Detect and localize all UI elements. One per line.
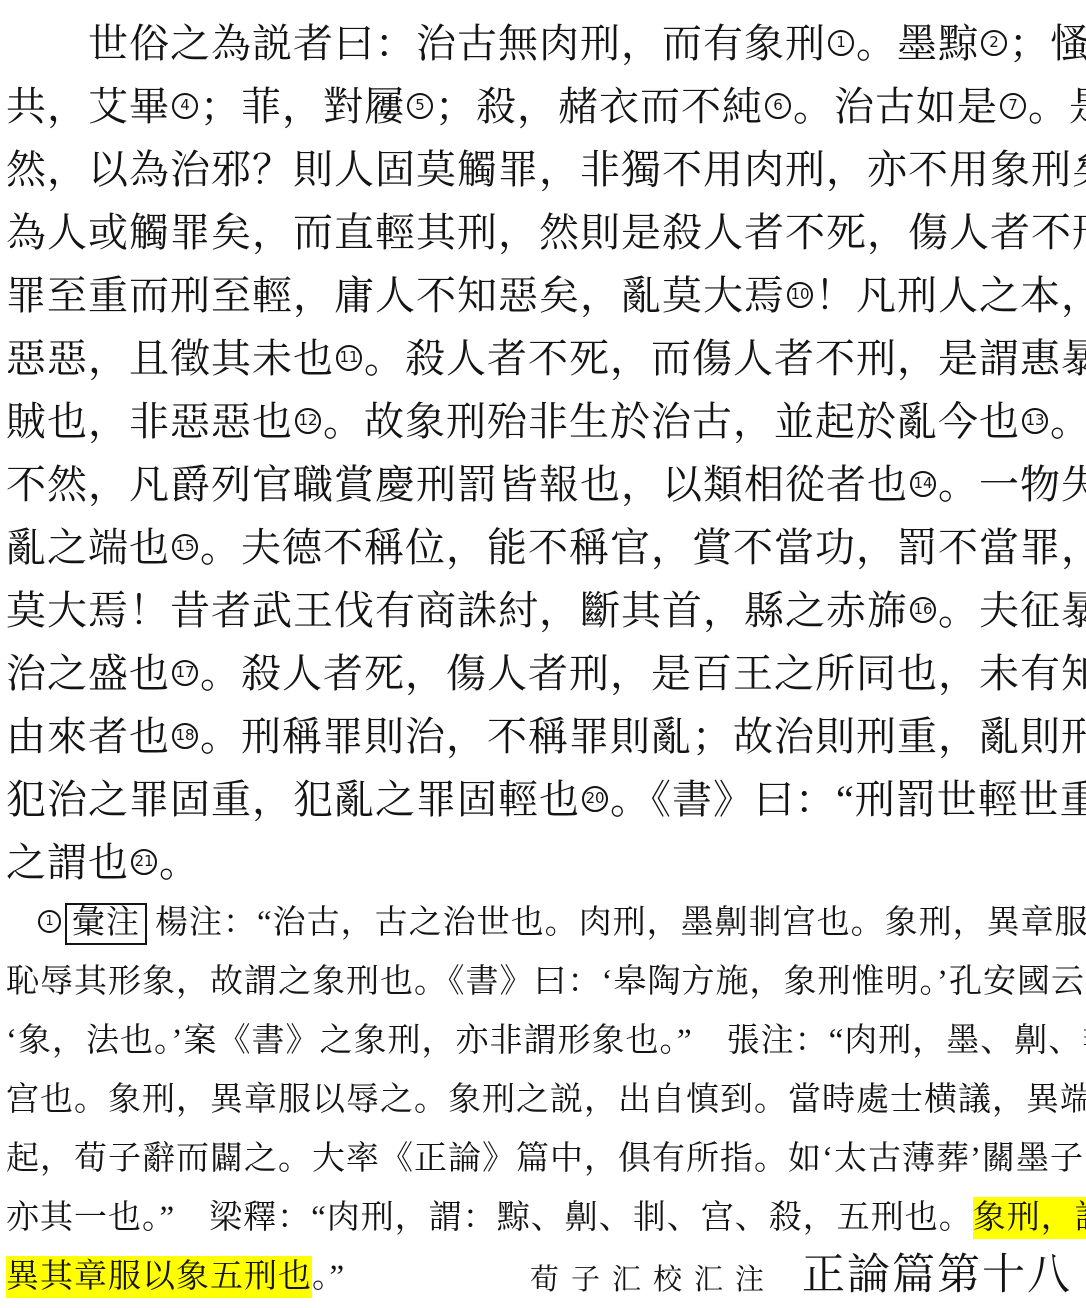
text-line: 世俗之為説者曰：治古無肉刑，而有象刑1。墨黥2；慅嬰3； [6, 12, 1080, 75]
text-line: 亂之端也15。夫德不稱位，能不稱官，賞不當功，罰不當罪，不祥 [6, 516, 1080, 579]
annotation-ref-number: 17 [172, 660, 198, 686]
text-segment: ；慅嬰 [1009, 21, 1086, 66]
annotation-ref-number: 10 [787, 282, 813, 308]
text-line: 犯治之罪固重，犯亂之罪固輕也20。《書》曰：“刑罰世輕世重。”此 [6, 768, 1080, 831]
footer-chapter-title: 正論篇第十八 [802, 1241, 1072, 1302]
text-segment: 。故象刑殆非生於治古，並起於亂今也 [323, 399, 1020, 444]
text-line: 莫大焉！昔者武王伐有商誅紂，斷其首，縣之赤旆16。夫征暴誅悍， [6, 579, 1080, 642]
text-line: 恥辱其形象，故謂之象刑也。《書》曰：‘皋陶方施，象刑惟明。’孔安國云： [6, 953, 1080, 1012]
footer-book-title: 荀子汇校汇注 [530, 1257, 776, 1298]
text-segment: 。刑稱罪則治，不稱罪則亂；故治則刑重，亂則刑輕 [200, 714, 1086, 759]
text-segment: 。夫征暴誅悍， [938, 588, 1086, 633]
text-line: 為人或觸罪矣，而直輕其刑，然則是殺人者不死，傷人者不刑也9。 [6, 201, 1080, 264]
highlighted-text: 異其章服以象五刑也 [6, 1256, 312, 1298]
annotation-ref-number: 12 [295, 408, 321, 434]
text-segment: ！凡刑人之本，禁暴 [815, 273, 1086, 318]
text-line: 不然，凡爵列官職賞慶刑罰皆報也，以類相從者也14。一物失稱， [6, 453, 1080, 516]
annotation-ref-number: 14 [910, 471, 936, 497]
annotation-ref-number: 16 [910, 597, 936, 623]
text-segment: 。殺人者死，傷人者刑，是百王之所同也，未有知其所 [200, 651, 1086, 696]
page-footer: 荀子汇校汇注 正論篇第十八 [530, 1241, 1072, 1302]
text-segment: 不然，凡爵列官職賞慶刑罰皆報也，以類相從者也 [6, 462, 908, 507]
text-segment: 。治古 [1050, 399, 1086, 444]
text-segment: 世俗之為説者曰：治古無肉刑，而有象刑 [88, 21, 826, 66]
text-segment: 。” [312, 1259, 345, 1295]
text-line: 惡惡，且徵其未也11。殺人者不死，而傷人者不刑，是謂惠暴而寬 [6, 327, 1080, 390]
annotation-ref-number: 6 [765, 93, 791, 119]
text-segment: 。治古如是 [793, 84, 998, 129]
text-segment: ；殺，赭衣而不純 [435, 84, 763, 129]
text-segment: 。墨黥 [856, 21, 979, 66]
text-segment: ‘象，法也。’案《書》之象刑，亦非謂形象也。” 張注：“肉刑，墨、劓、剕、 [6, 1023, 1086, 1059]
text-line: 罪至重而刑至輕，庸人不知惡矣，亂莫大焉10！凡刑人之本，禁暴 [6, 264, 1080, 327]
text-segment: 楊注：“治古，古之治世也。肉刑，墨劓剕宫也。象刑，異章服 [155, 905, 1086, 941]
text-segment: 罪至重而刑至輕，庸人不知惡矣，亂莫大焉 [6, 273, 785, 318]
text-segment: 亂之端也 [6, 525, 170, 570]
text-line: 治之盛也17。殺人者死，傷人者刑，是百王之所同也，未有知其所 [6, 642, 1080, 705]
scanned-page: 世俗之為説者曰：治古無肉刑，而有象刑1。墨黥2；慅嬰3；共，艾畢4；菲，對屨5；… [0, 0, 1086, 1308]
text-segment: 然，以為治邪？則人固莫觸罪，非獨不用肉刑，亦不用象刑矣 [6, 147, 1086, 192]
text-segment: 由來者也 [6, 714, 170, 759]
text-segment: 。 [159, 840, 200, 885]
text-segment: 之謂也 [6, 840, 129, 885]
text-line: 共，艾畢4；菲，對屨5；殺，赭衣而不純6。治古如是7。是不 [6, 75, 1080, 138]
text-line: 起，荀子辭而闢之。大率《正論》篇中，俱有所指。如‘太古薄葬’關墨子， [6, 1130, 1080, 1189]
text-line: 亦其一也。” 梁釋：“肉刑，謂：黥、劓、剕、宫、殺，五刑也。象刑，謂 [6, 1189, 1080, 1248]
text-line: 之謂也21。 [6, 831, 1080, 894]
text-segment: 。是不 [1028, 84, 1086, 129]
text-segment: 共，艾畢 [6, 84, 170, 129]
text-segment: 宫也。象刑，異章服以辱之。象刑之説，出自慎到。當時處士横議，異端並 [6, 1082, 1086, 1118]
text-segment: 起，荀子辭而闢之。大率《正論》篇中，俱有所指。如‘太古薄葬’關墨子， [6, 1141, 1086, 1177]
text-segment: 亦其一也。” 梁釋：“肉刑，謂：黥、劓、剕、宫、殺，五刑也。 [6, 1200, 973, 1236]
text-segment: 惡惡，且徵其未也 [6, 336, 334, 381]
text-line: 宫也。象刑，異章服以辱之。象刑之説，出自慎到。當時處士横議，異端並 [6, 1071, 1080, 1130]
annotation-ref-number: 2 [981, 30, 1007, 56]
boxed-label: 彙注 [65, 903, 147, 945]
annotation-ref-number: 18 [172, 723, 198, 749]
text-line: ‘象，法也。’案《書》之象刑，亦非謂形象也。” 張注：“肉刑，墨、劓、剕、 [6, 1012, 1080, 1071]
text-segment: 為人或觸罪矣，而直輕其刑，然則是殺人者不死，傷人者不刑也 [6, 210, 1086, 255]
annotation-ref-number: 5 [407, 93, 433, 119]
text-line: 賊也，非惡惡也12。故象刑殆非生於治古，並起於亂今也13。治古 [6, 390, 1080, 453]
annotation-ref-number: 20 [582, 786, 608, 812]
highlighted-text: 象刑，謂 [973, 1197, 1086, 1239]
text-segment: 犯治之罪固重，犯亂之罪固輕也 [6, 777, 580, 822]
text-segment: 。殺人者不死，而傷人者不刑，是謂惠暴而寬 [364, 336, 1086, 381]
text-line: 由來者也18。刑稱罪則治，不稱罪則亂；故治則刑重，亂則刑輕19； [6, 705, 1080, 768]
annotation-ref-number: 1 [38, 910, 61, 933]
text-line: 然，以為治邪？則人固莫觸罪，非獨不用肉刑，亦不用象刑矣8。以 [6, 138, 1080, 201]
annotation-ref-number: 21 [131, 849, 157, 875]
annotation-ref-number: 13 [1022, 408, 1048, 434]
text-segment: ；菲，對屨 [200, 84, 405, 129]
annotation-ref-number: 1 [828, 30, 854, 56]
text-segment: 治之盛也 [6, 651, 170, 696]
annotation-ref-number: 7 [1000, 93, 1026, 119]
main-text: 世俗之為説者曰：治古無肉刑，而有象刑1。墨黥2；慅嬰3；共，艾畢4；菲，對屨5；… [6, 12, 1080, 894]
text-line: 1彙注楊注：“治古，古之治世也。肉刑，墨劓剕宫也。象刑，異章服 [6, 894, 1080, 953]
text-segment: 恥辱其形象，故謂之象刑也。《書》曰：‘皋陶方施，象刑惟明。’孔安國云： [6, 964, 1086, 1000]
text-segment: 。一物失稱， [938, 462, 1086, 507]
annotation-ref-number: 11 [336, 345, 362, 371]
text-segment: 。《書》曰：“刑罰世輕世重。”此 [610, 777, 1086, 822]
text-segment: 莫大焉！昔者武王伐有商誅紂，斷其首，縣之赤旆 [6, 588, 908, 633]
annotation-ref-number: 15 [172, 534, 198, 560]
text-segment: 。夫德不稱位，能不稱官，賞不當功，罰不當罪，不祥 [200, 525, 1086, 570]
text-segment: 賊也，非惡惡也 [6, 399, 293, 444]
annotation-ref-number: 4 [172, 93, 198, 119]
